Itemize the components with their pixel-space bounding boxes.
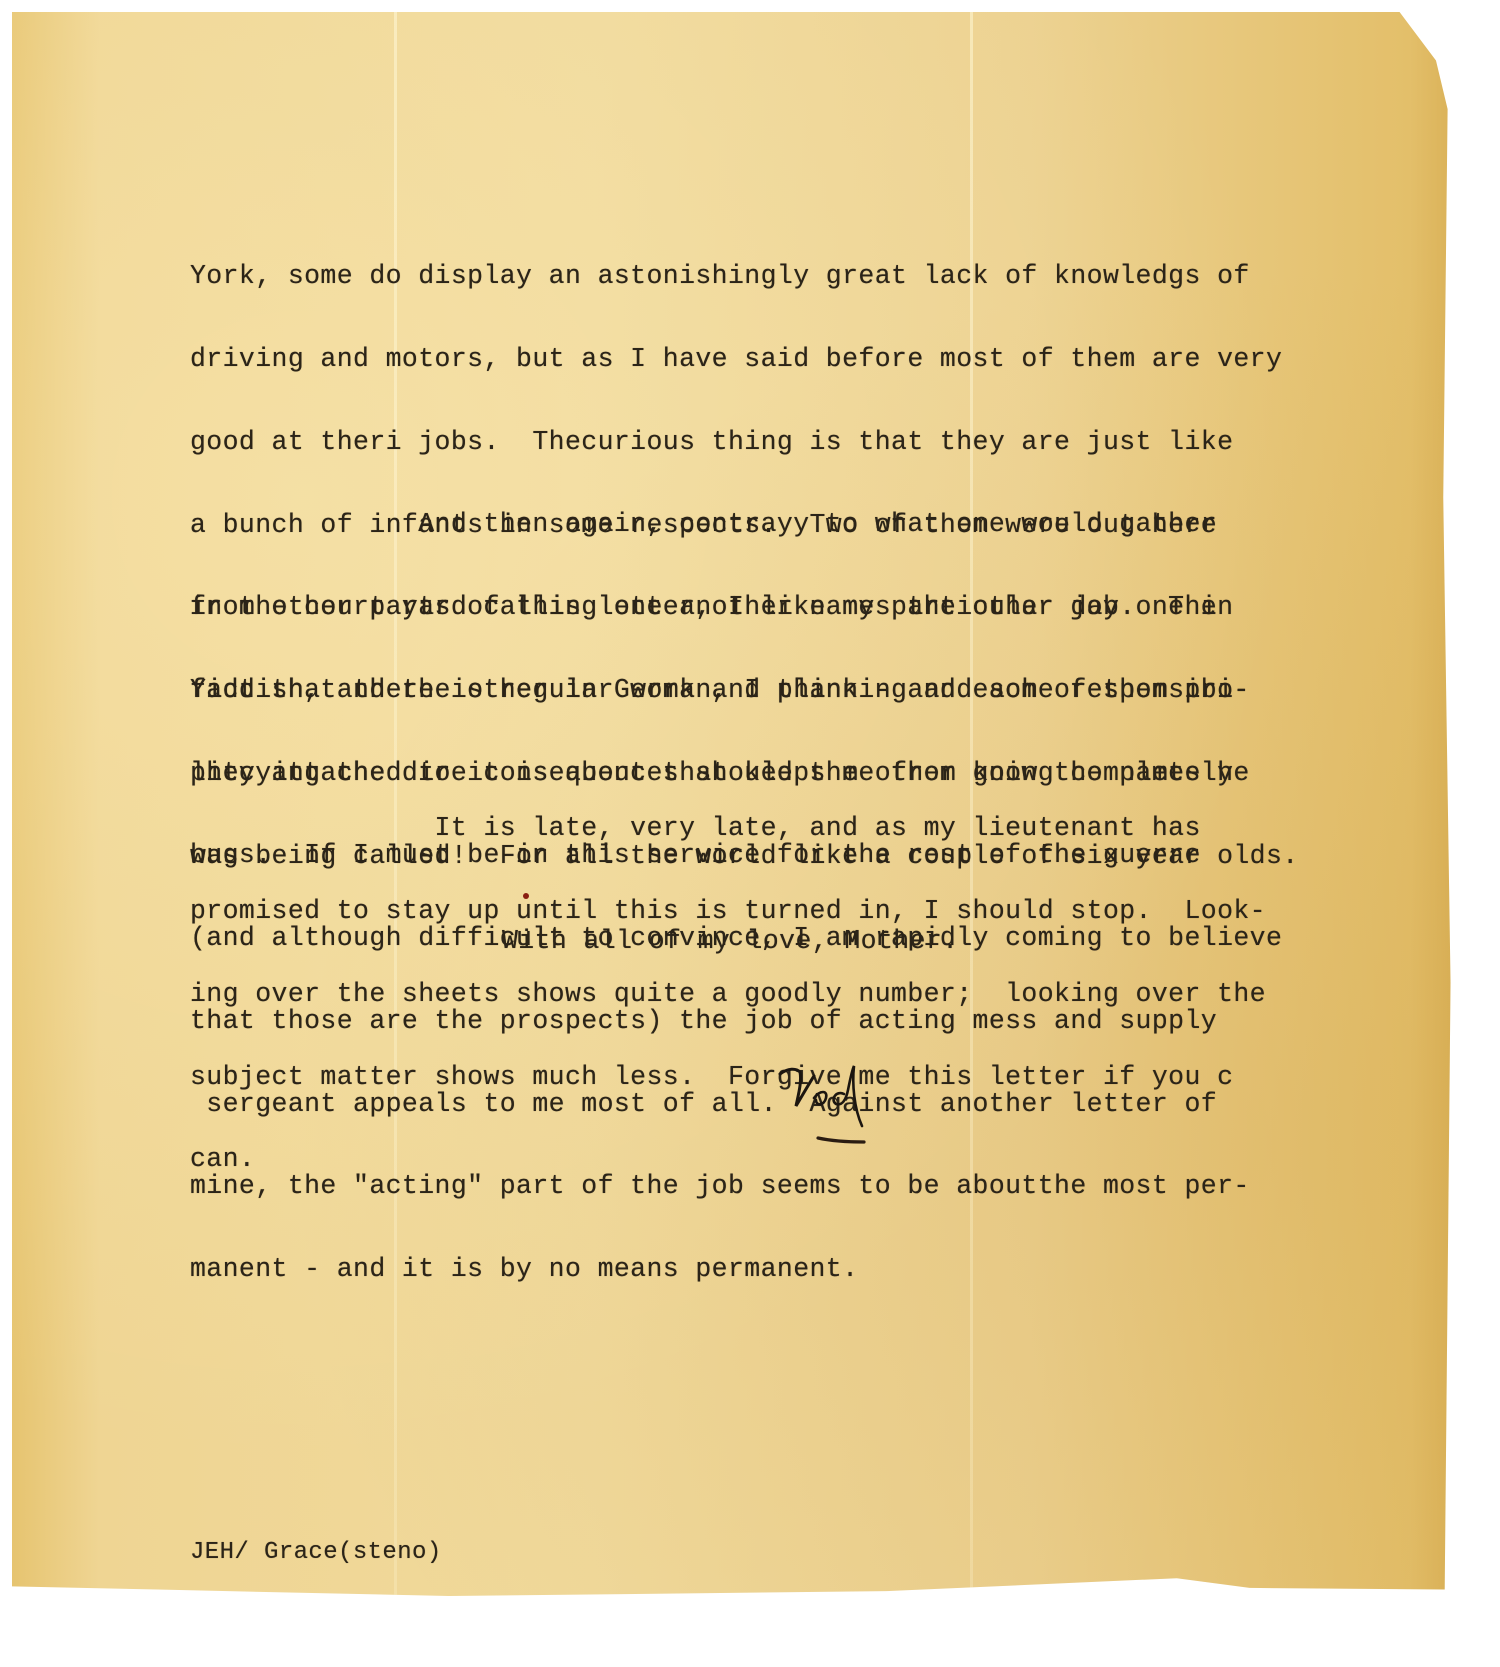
text-line: ing over the sheets shows quite a goodly…	[190, 981, 1266, 1009]
text-line: It is late, very late, and as my lieuten…	[190, 815, 1266, 843]
text-line: York, some do display an astonishingly g…	[190, 263, 1299, 291]
ink-spot	[523, 893, 529, 899]
text-line: manent - and it is by no means permanent…	[190, 1256, 1282, 1284]
text-line: driving and motors, but as I have said b…	[190, 346, 1299, 374]
text-line: from other parts of this letter, I like …	[190, 594, 1282, 622]
handwritten-signature-icon	[770, 1060, 880, 1150]
text-line: fact that there is regular work and plan…	[190, 677, 1282, 705]
text-line: subject matter shows much less. Forgive …	[190, 1064, 1266, 1092]
text-line: promised to stay up until this is turned…	[190, 898, 1266, 926]
text-line: can.	[190, 1146, 1266, 1174]
closing-line: With all of my love, Mother.	[502, 928, 958, 956]
stenographer-reference: JEH/ Grace(steno)	[190, 1539, 442, 1567]
text-line: good at theri jobs. Thecurious thing is …	[190, 429, 1299, 457]
paragraph-3: It is late, very late, and as my lieuten…	[190, 760, 1266, 1202]
text-line: And then again, contrayy to what one wou…	[190, 511, 1282, 539]
